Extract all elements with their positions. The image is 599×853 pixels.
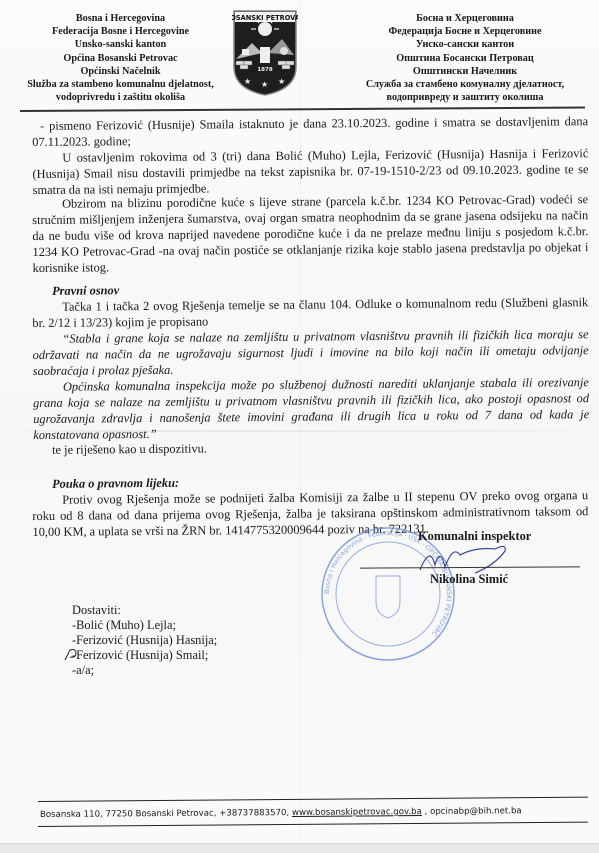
list-item: -a/a; [72,663,217,678]
header-line: Općina Bosanski Petrovac [8,52,233,65]
header-latin: Bosna i Hercegovina Federacija Bosne i H… [8,12,233,104]
footer-address: Bosanska 110, 77250 Bosanski Petrovac, +… [40,808,292,820]
paragraph: U ostavljenim rokovima od 3 (tri) dana B… [32,145,588,198]
footer-divider [38,822,588,827]
body-section-reasoning: Obzirom na blizinu porodične kuće s lije… [32,191,589,276]
viewer-bottom-edge [0,843,599,853]
paragraph: Tačka 1 i tačka 2 ovog Rješenja temelje … [32,294,588,331]
body-section-legal-basis: Pravni osnov Tačka 1 i tačka 2 ovog Rješ… [32,278,589,443]
header-line: Bosna i Hercegovina [8,12,233,25]
footer-contact: Bosanska 110, 77250 Bosanski Petrovac, +… [40,806,522,820]
header-divider [20,107,585,112]
svg-text:★: ★ [244,77,251,86]
header-cyrillic: Босна и Херцеговина Федерација Босне и Х… [345,12,585,104]
email-link[interactable]: opcinabp@bih.net.ba [430,806,522,817]
header-line: Federacija Bosne i Hercegovine [8,25,233,38]
document-page: Bosna i Hercegovina Federacija Bosne i H… [0,0,599,853]
footer-divider [38,797,588,802]
paragraph: - pismeno Ferizović (Husnije) Smaila ist… [32,113,588,150]
signatory-name: Nikolina Simić [430,572,508,587]
quoted-regulation: “Stabla i grane koja se nalaze na zemlji… [32,326,588,379]
header-line: vodoprivredu i zaštitu okoliša [8,91,233,104]
header-line: Федерација Босне и Херцеговине [345,25,585,38]
list-item: -Bolić (Muho) Lejla; [72,618,217,633]
paragraph: Obzirom na blizinu porodične kuće s lije… [32,191,589,276]
delivery-list: Dostaviti: -Bolić (Muho) Lejla; -Ferizov… [72,603,217,678]
paragraph: te je riješeno kao u dispozitivu. [32,437,588,458]
list-item: -Ferizović (Husnija) Hasnija; [72,633,217,648]
body-section-delivery-facts: - pismeno Ferizović (Husnije) Smaila ist… [32,113,589,198]
header-line: водопривреду и заштиту околиша [345,91,585,104]
quoted-regulation: Općinska komunalna inspekcija može po sl… [33,374,590,443]
body-section-dispositive: te je riješeno kao u dispozitivu. [32,437,588,458]
header-line: Босна и Херцеговина [345,12,585,25]
header-line: Служба за стамбено комуналну дјелатност, [345,78,585,91]
crest-year-text: 1878 [257,67,272,73]
handwritten-checkmark-icon [64,648,80,662]
municipal-coat-of-arms-icon: BOSANSKI PETROVAC 1878 ★★★ [232,9,298,97]
delivery-heading: Dostaviti: [72,603,217,618]
header-line: Општина Босански Петровац [345,52,585,65]
list-item: -Ferizović (Husnija) Smail; [72,648,217,663]
website-link[interactable]: www.bosanskipetrovac.gov.ba [292,807,422,818]
header-line: Unsko-sanski kanton [8,38,233,51]
header-line: Општински Начелник [345,65,585,78]
header-line: Općinski Načelnik [8,65,233,78]
header-line: Služba za stambeno komunalnu djelatnost, [8,78,233,91]
svg-text:★: ★ [261,80,268,89]
footer-separator: , [422,807,430,817]
svg-text:★: ★ [278,77,285,86]
header-line: Унско-сански кантон [345,38,585,51]
